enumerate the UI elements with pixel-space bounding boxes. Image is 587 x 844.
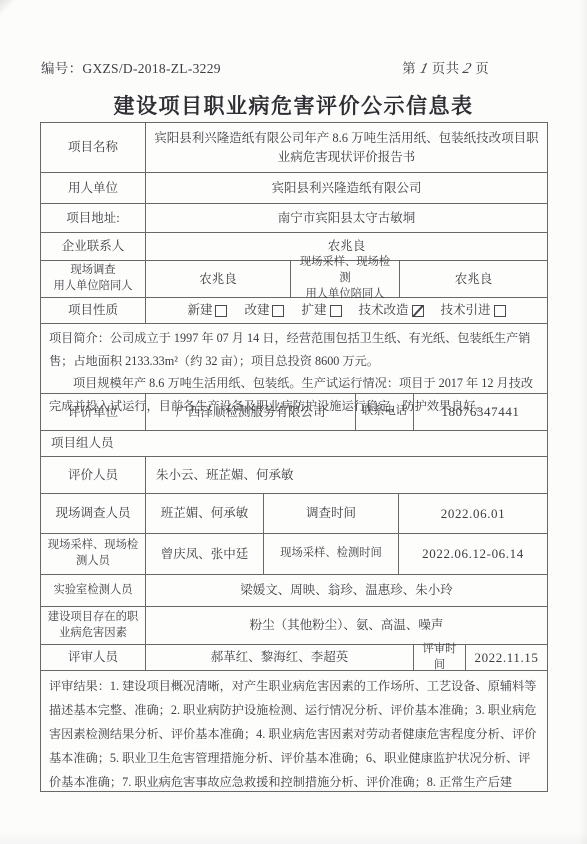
address-label: 项目地址: <box>41 204 146 233</box>
row-lab: 实验室检测人员 梁媛文、周映、翁珍、温惠珍、朱小玲 <box>41 575 548 607</box>
hazards-label: 建设项目存在的职 业病危害因素 <box>41 607 146 645</box>
row-eval-staff: 评价人员 朱小云、班芷媚、何承敏 <box>41 457 548 494</box>
row-employer: 用人单位 宾阳县利兴隆造纸有限公司 <box>41 173 548 204</box>
row-review-result: 评审结果：1. 建设项目概况清晰，对产生职业病危害因素的工作场所、工艺设备、原辅… <box>41 671 548 792</box>
nature-option-new-label: 新建 <box>187 301 212 320</box>
nature-option-expand-label: 扩建 <box>301 301 326 320</box>
nature-option-4-box <box>494 305 506 317</box>
page-suffix: 页 <box>475 61 489 76</box>
evaluator-label: 评价单位 <box>41 394 146 431</box>
row-review-staff: 评审人员 郝革红、黎海红、李超英 评审时间 2022.11.15 <box>41 645 548 671</box>
team-header: 项目组人员 <box>41 431 548 457</box>
evaluator-value: 广西泽顺检测服务有限公司 <box>146 394 356 431</box>
review-staff-label: 评审人员 <box>41 645 146 671</box>
nature-option-techimport: 技术引进 <box>441 301 506 320</box>
page-title: 建设项目职业病危害评价公示信息表 <box>0 90 587 120</box>
lab-staff-value: 梁媛文、周映、翁珍、温惠珍、朱小玲 <box>146 575 548 607</box>
employer-value: 宾阳县利兴隆造纸有限公司 <box>146 173 548 204</box>
row-address: 项目地址: 南宁市宾阳县太守古敏垌 <box>41 204 548 233</box>
row-survey: 现场调查人员 班芷媚、何承敏 调查时间 2022.06.01 <box>41 494 548 534</box>
review-staff-value: 郝革红、黎海红、李超英 <box>146 645 414 671</box>
nature-option-rebuild-label: 改建 <box>244 301 269 320</box>
nature-option-techimport-label: 技术引进 <box>441 301 491 320</box>
sampling-escort-label: 现场采样、现场检测 用人单位陪同人 <box>291 261 400 298</box>
row-project-name: 项目名称 宾阳县利兴隆造纸有限公司年产 8.6 万吨生活用纸、包装纸技改项目职业… <box>41 123 548 173</box>
nature-option-expand: 扩建 <box>301 301 341 320</box>
sampling-time-value: 2022.06.12-06.14 <box>399 534 548 575</box>
eval-staff-label: 评价人员 <box>41 457 146 494</box>
project-intro: 项目简介：公司成立于 1997 年 07 月 14 日，经营范围包括卫生纸、有光… <box>41 324 548 394</box>
nature-label: 项目性质 <box>41 298 146 324</box>
address-value: 南宁市宾阳县太守古敏垌 <box>146 204 548 233</box>
review-time-label: 评审时间 <box>414 645 466 671</box>
contact-label: 企业联系人 <box>41 233 146 261</box>
review-result: 评审结果：1. 建设项目概况清晰，对产生职业病危害因素的工作场所、工艺设备、原辅… <box>41 671 548 792</box>
nature-option-2-box <box>330 305 342 317</box>
nature-option-new: 新建 <box>187 301 227 320</box>
page-indicator: 第1页共2页 <box>402 57 547 78</box>
survey-time-value: 2022.06.01 <box>399 494 548 534</box>
lab-staff-label: 实验室检测人员 <box>41 575 146 607</box>
eval-staff-value: 朱小云、班芷媚、何承敏 <box>146 457 548 494</box>
page-header: 编号：GXZS/D-2018-ZL-3229 第1页共2页 <box>41 57 547 78</box>
project-intro-paragraph-1: 项目简介：公司成立于 1997 年 07 月 14 日，经营范围包括卫生纸、有光… <box>49 327 539 372</box>
survey-time-label: 调查时间 <box>264 494 399 534</box>
survey-escort-value: 农兆良 <box>146 261 291 298</box>
sampling-staff-label: 现场采样、现场检 测人员 <box>41 534 146 575</box>
sampling-escort-value: 农兆良 <box>400 261 548 298</box>
phone-value: 18076347441 <box>414 394 548 431</box>
row-sampling: 现场采样、现场检 测人员 曾庆凤、张中廷 现场采样、检测时间 2022.06.1… <box>41 534 548 575</box>
hazards-value: 粉尘（其他粉尘）、氨、高温、噪声 <box>146 607 548 645</box>
nature-options: 新建 改建 扩建 技术改造 技术引进 <box>146 298 548 324</box>
page-middle: 页共 <box>432 61 460 76</box>
employer-label: 用人单位 <box>41 173 146 204</box>
row-hazards: 建设项目存在的职 业病危害因素 粉尘（其他粉尘）、氨、高温、噪声 <box>41 607 548 645</box>
nature-option-0-box <box>215 305 227 317</box>
project-name-value: 宾阳县利兴隆造纸有限公司年产 8.6 万吨生活用纸、包装纸技改项目职业病危害现状… <box>146 123 548 173</box>
row-escort: 现场调查 用人单位陪同人 农兆良 现场采样、现场检测 用人单位陪同人 农兆良 <box>41 261 548 298</box>
phone-label: 联系电话 <box>356 394 414 431</box>
survey-staff-value: 班芷媚、何承敏 <box>146 494 264 534</box>
nature-option-rebuild: 改建 <box>244 301 284 320</box>
row-nature: 项目性质 新建 改建 扩建 技术改造 技术引进 <box>41 298 548 324</box>
nature-option-1-box <box>272 305 284 317</box>
sampling-staff-value: 曾庆凤、张中廷 <box>146 534 264 575</box>
survey-staff-label: 现场调查人员 <box>41 494 146 534</box>
survey-escort-label: 现场调查 用人单位陪同人 <box>41 261 146 298</box>
row-evaluator: 评价单位 广西泽顺检测服务有限公司 联系电话 18076347441 <box>41 394 548 431</box>
doc-number: 编号：GXZS/D-2018-ZL-3229 <box>41 57 221 78</box>
info-table: 项目名称 宾阳县利兴隆造纸有限公司年产 8.6 万吨生活用纸、包装纸技改项目职业… <box>40 122 548 792</box>
nature-option-techreform-label: 技术改造 <box>359 301 409 320</box>
review-time-value: 2022.11.15 <box>466 645 548 671</box>
project-name-label: 项目名称 <box>41 123 146 173</box>
nature-option-techreform: 技术改造 <box>359 301 424 320</box>
row-team-header: 项目组人员 <box>41 431 548 457</box>
sampling-time-label: 现场采样、检测时间 <box>264 534 399 575</box>
nature-option-3-box <box>412 305 424 317</box>
row-intro: 项目简介：公司成立于 1997 年 07 月 14 日，经营范围包括卫生纸、有光… <box>41 324 548 394</box>
